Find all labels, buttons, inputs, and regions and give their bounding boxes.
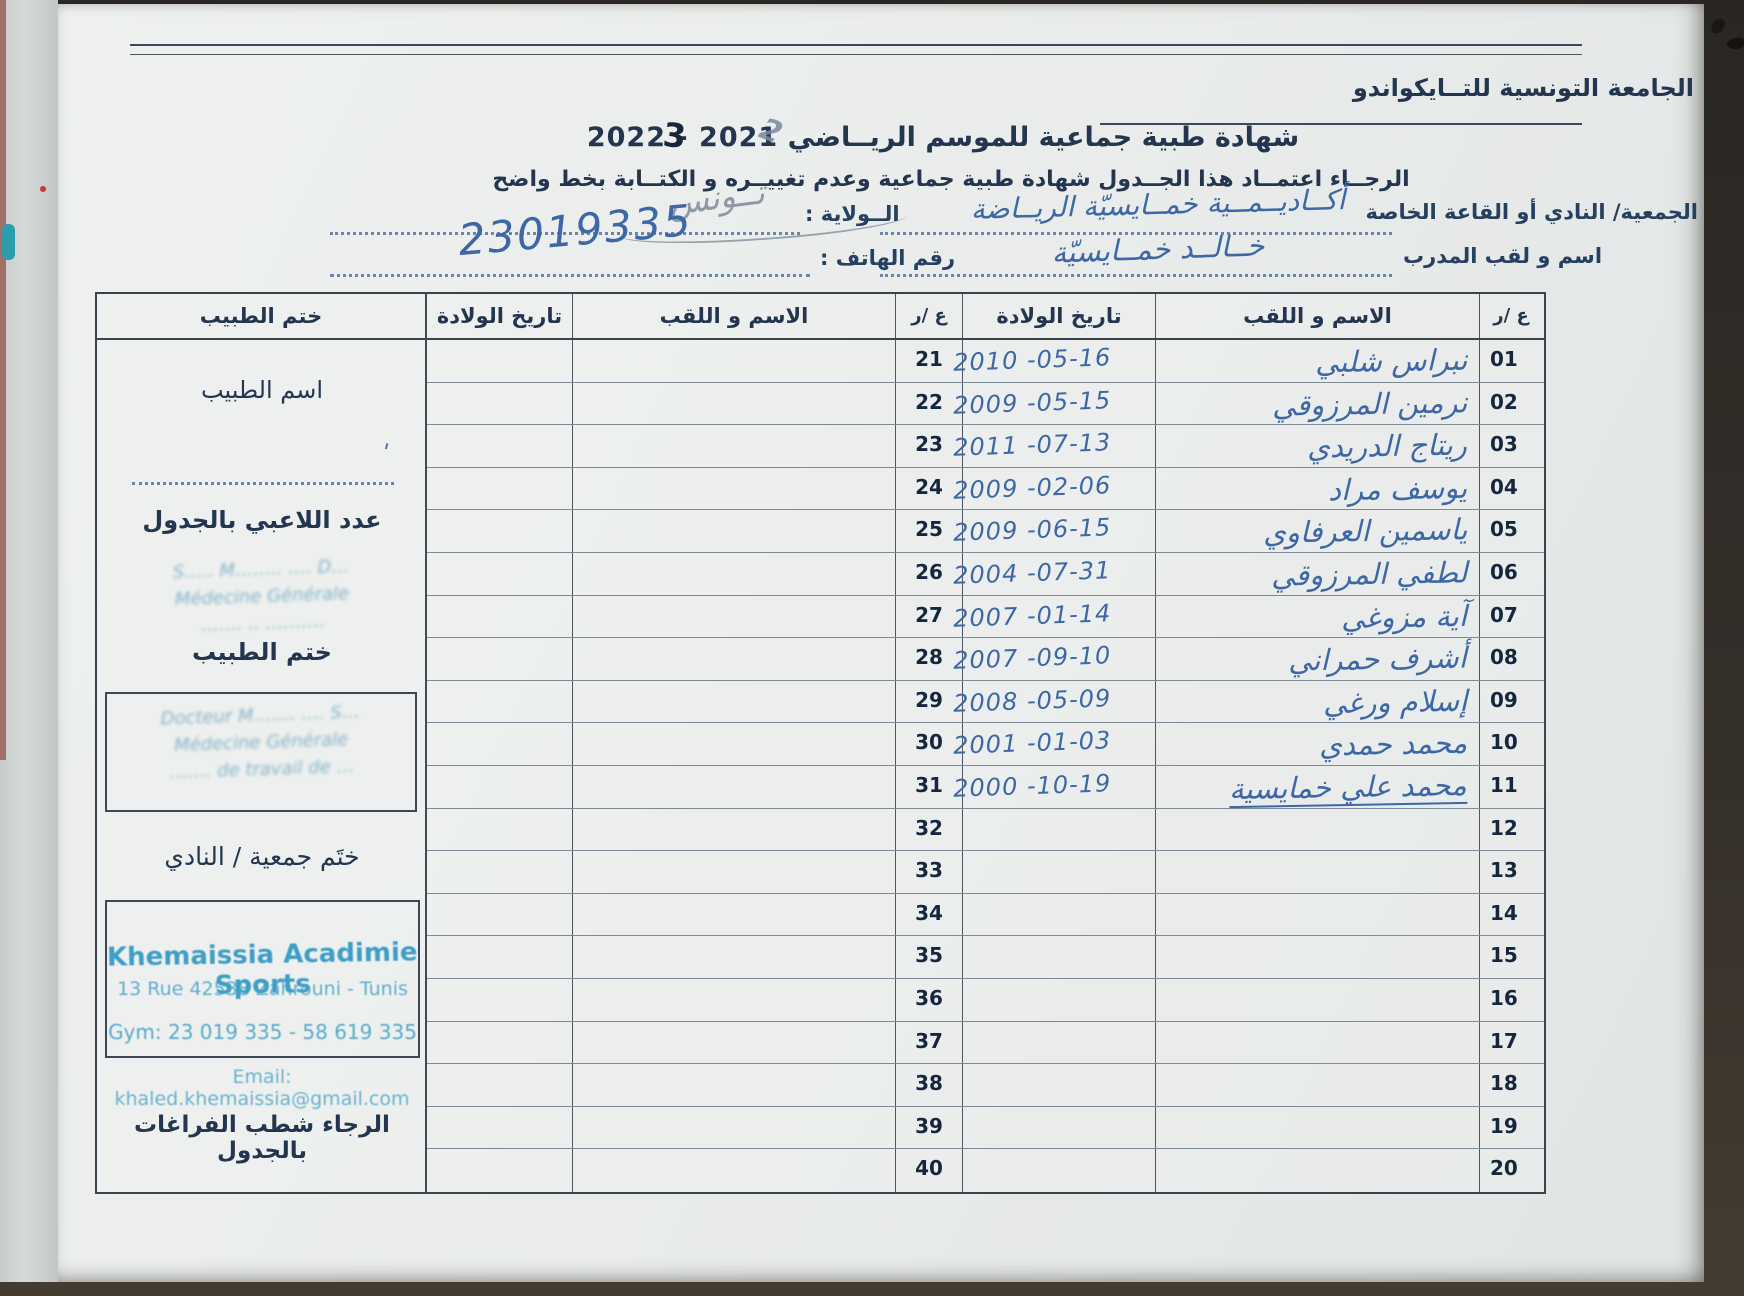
table-row: 282007 -09-10أشرف حمراني08 [427, 638, 1544, 681]
players-table: ختم الطبيب تاريخ الولادة الاسم و اللقب ع… [95, 292, 1546, 1194]
row-number-cell-left: 36 [895, 979, 962, 1021]
birth-date-cell-left [427, 851, 572, 893]
row-number-cell: 03 [1479, 425, 1542, 467]
birth-date-cell: 2004 -07-31 [962, 553, 1155, 595]
player-name-cell-left [572, 1149, 895, 1192]
birth-date-handwriting: 2001 -01-03 [953, 727, 1112, 761]
row-number-cell-left: 33 [895, 851, 962, 893]
player-name-handwriting: إسلام ورغي [1323, 684, 1468, 721]
player-name-cell-left [572, 766, 895, 808]
player-name-cell-left [572, 809, 895, 851]
player-name-cell-left [572, 936, 895, 978]
doctor-name-label: اسم الطبيب [97, 376, 427, 404]
player-name-cell-left [572, 510, 895, 552]
player-name-handwriting: ريتاج الدريدي [1307, 428, 1467, 465]
row-number-cell: 06 [1479, 553, 1542, 595]
birth-date-handwriting: 2007 -09-10 [953, 641, 1112, 675]
birth-date-cell-left [427, 1022, 572, 1064]
doctor-stamp-label: ختم الطبيب [97, 638, 427, 666]
row-number-cell-left: 21 [895, 340, 962, 382]
player-name-cell-left [572, 638, 895, 680]
header-no-right: ع /ر [1479, 294, 1542, 338]
player-name-cell: لطفي المرزوقي [1155, 553, 1479, 595]
row-number-cell-left: 27 [895, 596, 962, 638]
header-name-left: الاسم و اللقب [572, 294, 895, 338]
birth-date-handwriting: 2009 -02-06 [953, 471, 1112, 505]
birth-date-cell-left [427, 383, 572, 425]
birth-date-cell-left [427, 766, 572, 808]
player-name-handwriting: آية مزوغي [1341, 598, 1467, 634]
scan-red-dot [40, 186, 46, 192]
row-number-cell-left: 23 [895, 425, 962, 467]
header-doctor-stamp: ختم الطبيب [97, 294, 427, 338]
table-row: 3818 [427, 1064, 1544, 1107]
doctor-stamp-box: Docteur M……. …. S… Médecine Générale …….… [105, 692, 417, 812]
row-number-cell-left: 24 [895, 468, 962, 510]
club-stamp-address: 13 Rue 42538 Zahrouni - Tunis [107, 978, 418, 1000]
row-number-cell: 10 [1479, 723, 1542, 765]
table-row: 242009 -02-06يوسف مراد04 [427, 468, 1544, 511]
doctor-name-line [132, 478, 394, 485]
birth-date-cell: 2008 -05-09 [962, 681, 1155, 723]
faded-doctor-stamp: S….. M…….. …. D… Médecine Générale ……. .… [111, 551, 414, 642]
federation-title: الجامعة التونسية للتــايكواندو [1353, 74, 1694, 102]
table-row: 252009 -06-15ياسمين العرفاوي05 [427, 510, 1544, 553]
birth-date-cell [962, 1064, 1155, 1106]
table-row: 3414 [427, 894, 1544, 937]
row-number-cell: 15 [1479, 936, 1542, 978]
phone-handwritten-value: 23019335 [456, 196, 694, 266]
player-name-cell-left [572, 723, 895, 765]
birth-date-cell: 2010 -05-16 [962, 340, 1155, 382]
player-name-handwriting: نبراس شلبي [1314, 343, 1467, 380]
player-name-cell-left [572, 383, 895, 425]
table-row: 3616 [427, 979, 1544, 1022]
player-name-cell [1155, 1107, 1479, 1149]
row-number-cell: 14 [1479, 894, 1542, 936]
player-name-handwriting: محمد علي خمايسية [1229, 768, 1467, 808]
player-name-cell-left [572, 851, 895, 893]
birth-date-cell [962, 1149, 1155, 1192]
player-name-cell: محمد حمدي [1155, 723, 1479, 765]
player-name-cell [1155, 1064, 1479, 1106]
birth-date-cell: 2001 -01-03 [962, 723, 1155, 765]
player-name-cell [1155, 936, 1479, 978]
birth-date-cell: 2009 -02-06 [962, 468, 1155, 510]
row-number-cell: 09 [1479, 681, 1542, 723]
player-name-cell: نرمين المرزوقي [1155, 383, 1479, 425]
header-no-left: ع /ر [895, 294, 962, 338]
table-row: 232011 -07-13ريتاج الدريدي03 [427, 425, 1544, 468]
table-row: 3919 [427, 1107, 1544, 1150]
year-left-ink-correction: 3 [661, 115, 689, 156]
boxed-stamp-lines: Docteur M……. …. S… Médecine Générale …….… [106, 689, 417, 789]
row-number-cell-left: 26 [895, 553, 962, 595]
row-number-cell-left: 28 [895, 638, 962, 680]
table-row: 212010 -05-16نبراس شلبي01 [427, 340, 1544, 383]
birth-date-cell [962, 1022, 1155, 1064]
table-row: 312000 -10-19محمد علي خمايسية11 [427, 766, 1544, 809]
header-dob-left: تاريخ الولادة [427, 294, 572, 338]
birth-date-cell-left [427, 979, 572, 1021]
phone-label: رقم الهاتف : [820, 246, 955, 270]
birth-date-cell-left [427, 425, 572, 467]
birth-date-cell: 2007 -01-14 [962, 596, 1155, 638]
row-number-cell: 05 [1479, 510, 1542, 552]
player-name-handwriting: يوسف مراد [1328, 471, 1468, 507]
player-name-handwriting: نرمين المرزوقي [1271, 385, 1467, 422]
scan-left-page-edge [0, 0, 58, 1282]
player-name-cell [1155, 809, 1479, 851]
row-number-cell: 08 [1479, 638, 1542, 680]
birth-date-cell: 2000 -10-19 [962, 766, 1155, 808]
birth-date-handwriting: 2000 -10-19 [953, 769, 1112, 803]
paper-page: الجامعة التونسية للتــايكواندو شهادة طبي… [58, 4, 1704, 1282]
title-text: شهادة طبية جماعية للموسم الريــاضي [788, 122, 1300, 153]
row-number-cell-left: 38 [895, 1064, 962, 1106]
row-number-cell: 04 [1479, 468, 1542, 510]
player-name-cell [1155, 1022, 1479, 1064]
player-name-cell: آية مزوغي [1155, 596, 1479, 638]
player-name-cell: ريتاج الدريدي [1155, 425, 1479, 467]
row-number-cell-left: 32 [895, 809, 962, 851]
player-name-cell-left [572, 468, 895, 510]
table-row: 222009 -05-15نرمين المرزوقي02 [427, 383, 1544, 426]
player-name-cell: إسلام ورغي [1155, 681, 1479, 723]
year-right-ink-correction: 2 [751, 113, 791, 151]
row-number-cell: 16 [1479, 979, 1542, 1021]
player-name-cell: يوسف مراد [1155, 468, 1479, 510]
instruction-line: الرجــاء اعتمــاد هذا الجــدول شهادة طبي… [128, 167, 1744, 192]
row-number-cell-left: 30 [895, 723, 962, 765]
table-row: 3515 [427, 936, 1544, 979]
birth-date-cell-left [427, 809, 572, 851]
player-name-cell: نبراس شلبي [1155, 340, 1479, 382]
row-number-cell-left: 40 [895, 1149, 962, 1192]
table-row: 3717 [427, 1022, 1544, 1065]
birth-date-cell [962, 1107, 1155, 1149]
player-name-cell-left [572, 1064, 895, 1106]
header-rule [130, 44, 1582, 55]
player-name-cell: ياسمين العرفاوي [1155, 510, 1479, 552]
document-title: شهادة طبية جماعية للموسم الريــاضي 2022 … [113, 122, 1744, 153]
birth-date-handwriting: 2010 -05-16 [953, 343, 1112, 377]
birth-date-cell: 2007 -09-10 [962, 638, 1155, 680]
row-number-cell: 07 [1479, 596, 1542, 638]
player-name-handwriting: لطفي المرزوقي [1270, 555, 1467, 592]
player-name-cell-left [572, 553, 895, 595]
birth-date-handwriting: 2009 -06-15 [953, 514, 1112, 548]
birth-date-cell: 2009 -06-15 [962, 510, 1155, 552]
birth-date-cell-left [427, 638, 572, 680]
birth-date-cell-left [427, 510, 572, 552]
birth-date-cell-left [427, 936, 572, 978]
phone-field-line [330, 270, 810, 277]
birth-date-cell-left [427, 553, 572, 595]
club-stamp-box: Khemaissia Acadimie Sports 13 Rue 42538 … [105, 900, 420, 1058]
birth-date-cell-left [427, 468, 572, 510]
year-left-printed: 2022 [587, 122, 666, 153]
player-name-cell-left [572, 1107, 895, 1149]
scanned-document: { "header": { "federation": "الجامعة الت… [0, 0, 1744, 1296]
birth-date-cell [962, 851, 1155, 893]
player-name-cell [1155, 851, 1479, 893]
ink-tick: ' [379, 440, 391, 466]
row-number-cell: 02 [1479, 383, 1542, 425]
scan-corner-mark [1726, 37, 1744, 51]
birth-date-cell-left [427, 1149, 572, 1192]
player-name-cell [1155, 1149, 1479, 1192]
table-row: 3212 [427, 809, 1544, 852]
row-number-cell: 13 [1479, 851, 1542, 893]
player-name-handwriting: محمد حمدي [1319, 726, 1468, 763]
player-name-cell-left [572, 1022, 895, 1064]
player-name-cell: أشرف حمراني [1155, 638, 1479, 680]
birth-date-handwriting: 2007 -01-14 [953, 599, 1112, 633]
row-number-cell: 01 [1479, 340, 1542, 382]
table-row: 292008 -05-09إسلام ورغي09 [427, 681, 1544, 724]
table-row: 3313 [427, 851, 1544, 894]
scan-red-edge [0, 0, 6, 760]
birth-date-cell-left [427, 596, 572, 638]
row-number-cell-left: 29 [895, 681, 962, 723]
table-row: 302001 -01-03محمد حمدي10 [427, 723, 1544, 766]
birth-date-handwriting: 2009 -05-15 [953, 386, 1112, 420]
table-row: 272007 -01-14آية مزوغي07 [427, 596, 1544, 639]
birth-date-handwriting: 2004 -07-31 [953, 556, 1112, 590]
birth-date-cell-left [427, 723, 572, 765]
birth-date-cell-left [427, 1064, 572, 1106]
row-number-cell-left: 39 [895, 1107, 962, 1149]
birth-date-cell-left [427, 681, 572, 723]
row-number-cell: 20 [1479, 1149, 1542, 1192]
doctor-column: اسم الطبيب ' عدد اللاعبي بالجدول S….. M…… [97, 340, 427, 1192]
table-row: 4020 [427, 1149, 1544, 1192]
birth-date-cell-left [427, 340, 572, 382]
birth-date-cell [962, 809, 1155, 851]
player-name-cell-left [572, 979, 895, 1021]
birth-date-handwriting: 2008 -05-09 [953, 684, 1112, 718]
table-header-row: ختم الطبيب تاريخ الولادة الاسم و اللقب ع… [97, 294, 1544, 340]
header-name-right: الاسم و اللقب [1155, 294, 1479, 338]
player-name-handwriting: ياسمين العرفاوي [1262, 513, 1467, 551]
birth-date-cell: 2009 -05-15 [962, 383, 1155, 425]
row-number-cell-left: 31 [895, 766, 962, 808]
birth-date-cell-left [427, 1107, 572, 1149]
player-name-cell-left [572, 596, 895, 638]
row-number-cell: 12 [1479, 809, 1542, 851]
players-count-label: عدد اللاعبي بالجدول [97, 506, 427, 534]
player-name-cell [1155, 979, 1479, 1021]
player-name-cell-left [572, 425, 895, 467]
club-stamp-label: ختَم جمعية / النادي [97, 842, 427, 871]
row-number-cell: 18 [1479, 1064, 1542, 1106]
player-name-cell-left [572, 681, 895, 723]
row-number-cell-left: 34 [895, 894, 962, 936]
header-dob-right: تاريخ الولادة [962, 294, 1155, 338]
birth-date-cell: 2011 -07-13 [962, 425, 1155, 467]
row-number-cell-left: 37 [895, 1022, 962, 1064]
row-number-cell: 11 [1479, 766, 1542, 808]
club-stamp-gym-phone: Gym: 23 019 335 - 58 619 335 [107, 1020, 418, 1044]
footer-note: الرجاء شطب الفراغات بالجدول [97, 1112, 427, 1164]
player-name-cell [1155, 894, 1479, 936]
table-row: 262004 -07-31لطفي المرزوقي06 [427, 553, 1544, 596]
player-name-handwriting: أشرف حمراني [1288, 641, 1467, 678]
birth-date-cell [962, 894, 1155, 936]
birth-date-handwriting: 2011 -07-13 [953, 428, 1112, 462]
row-number-cell: 17 [1479, 1022, 1542, 1064]
row-number-cell-left: 35 [895, 936, 962, 978]
coach-label: اسم و لقب المدرب [1403, 244, 1602, 268]
player-name-cell: محمد علي خمايسية [1155, 766, 1479, 808]
row-number-cell: 19 [1479, 1107, 1542, 1149]
birth-date-cell [962, 936, 1155, 978]
player-name-cell-left [572, 340, 895, 382]
player-name-cell-left [572, 894, 895, 936]
row-number-cell-left: 22 [895, 383, 962, 425]
row-number-cell-left: 25 [895, 510, 962, 552]
scan-corner-mark [1709, 16, 1727, 36]
season-years: 2022 - 2021 3 2 [587, 122, 778, 153]
birth-date-cell-left [427, 894, 572, 936]
scan-teal-mark [2, 224, 15, 260]
birth-date-cell [962, 979, 1155, 1021]
club-stamp-email: Email: khaled.khemaissia@gmail.com [97, 1066, 427, 1110]
